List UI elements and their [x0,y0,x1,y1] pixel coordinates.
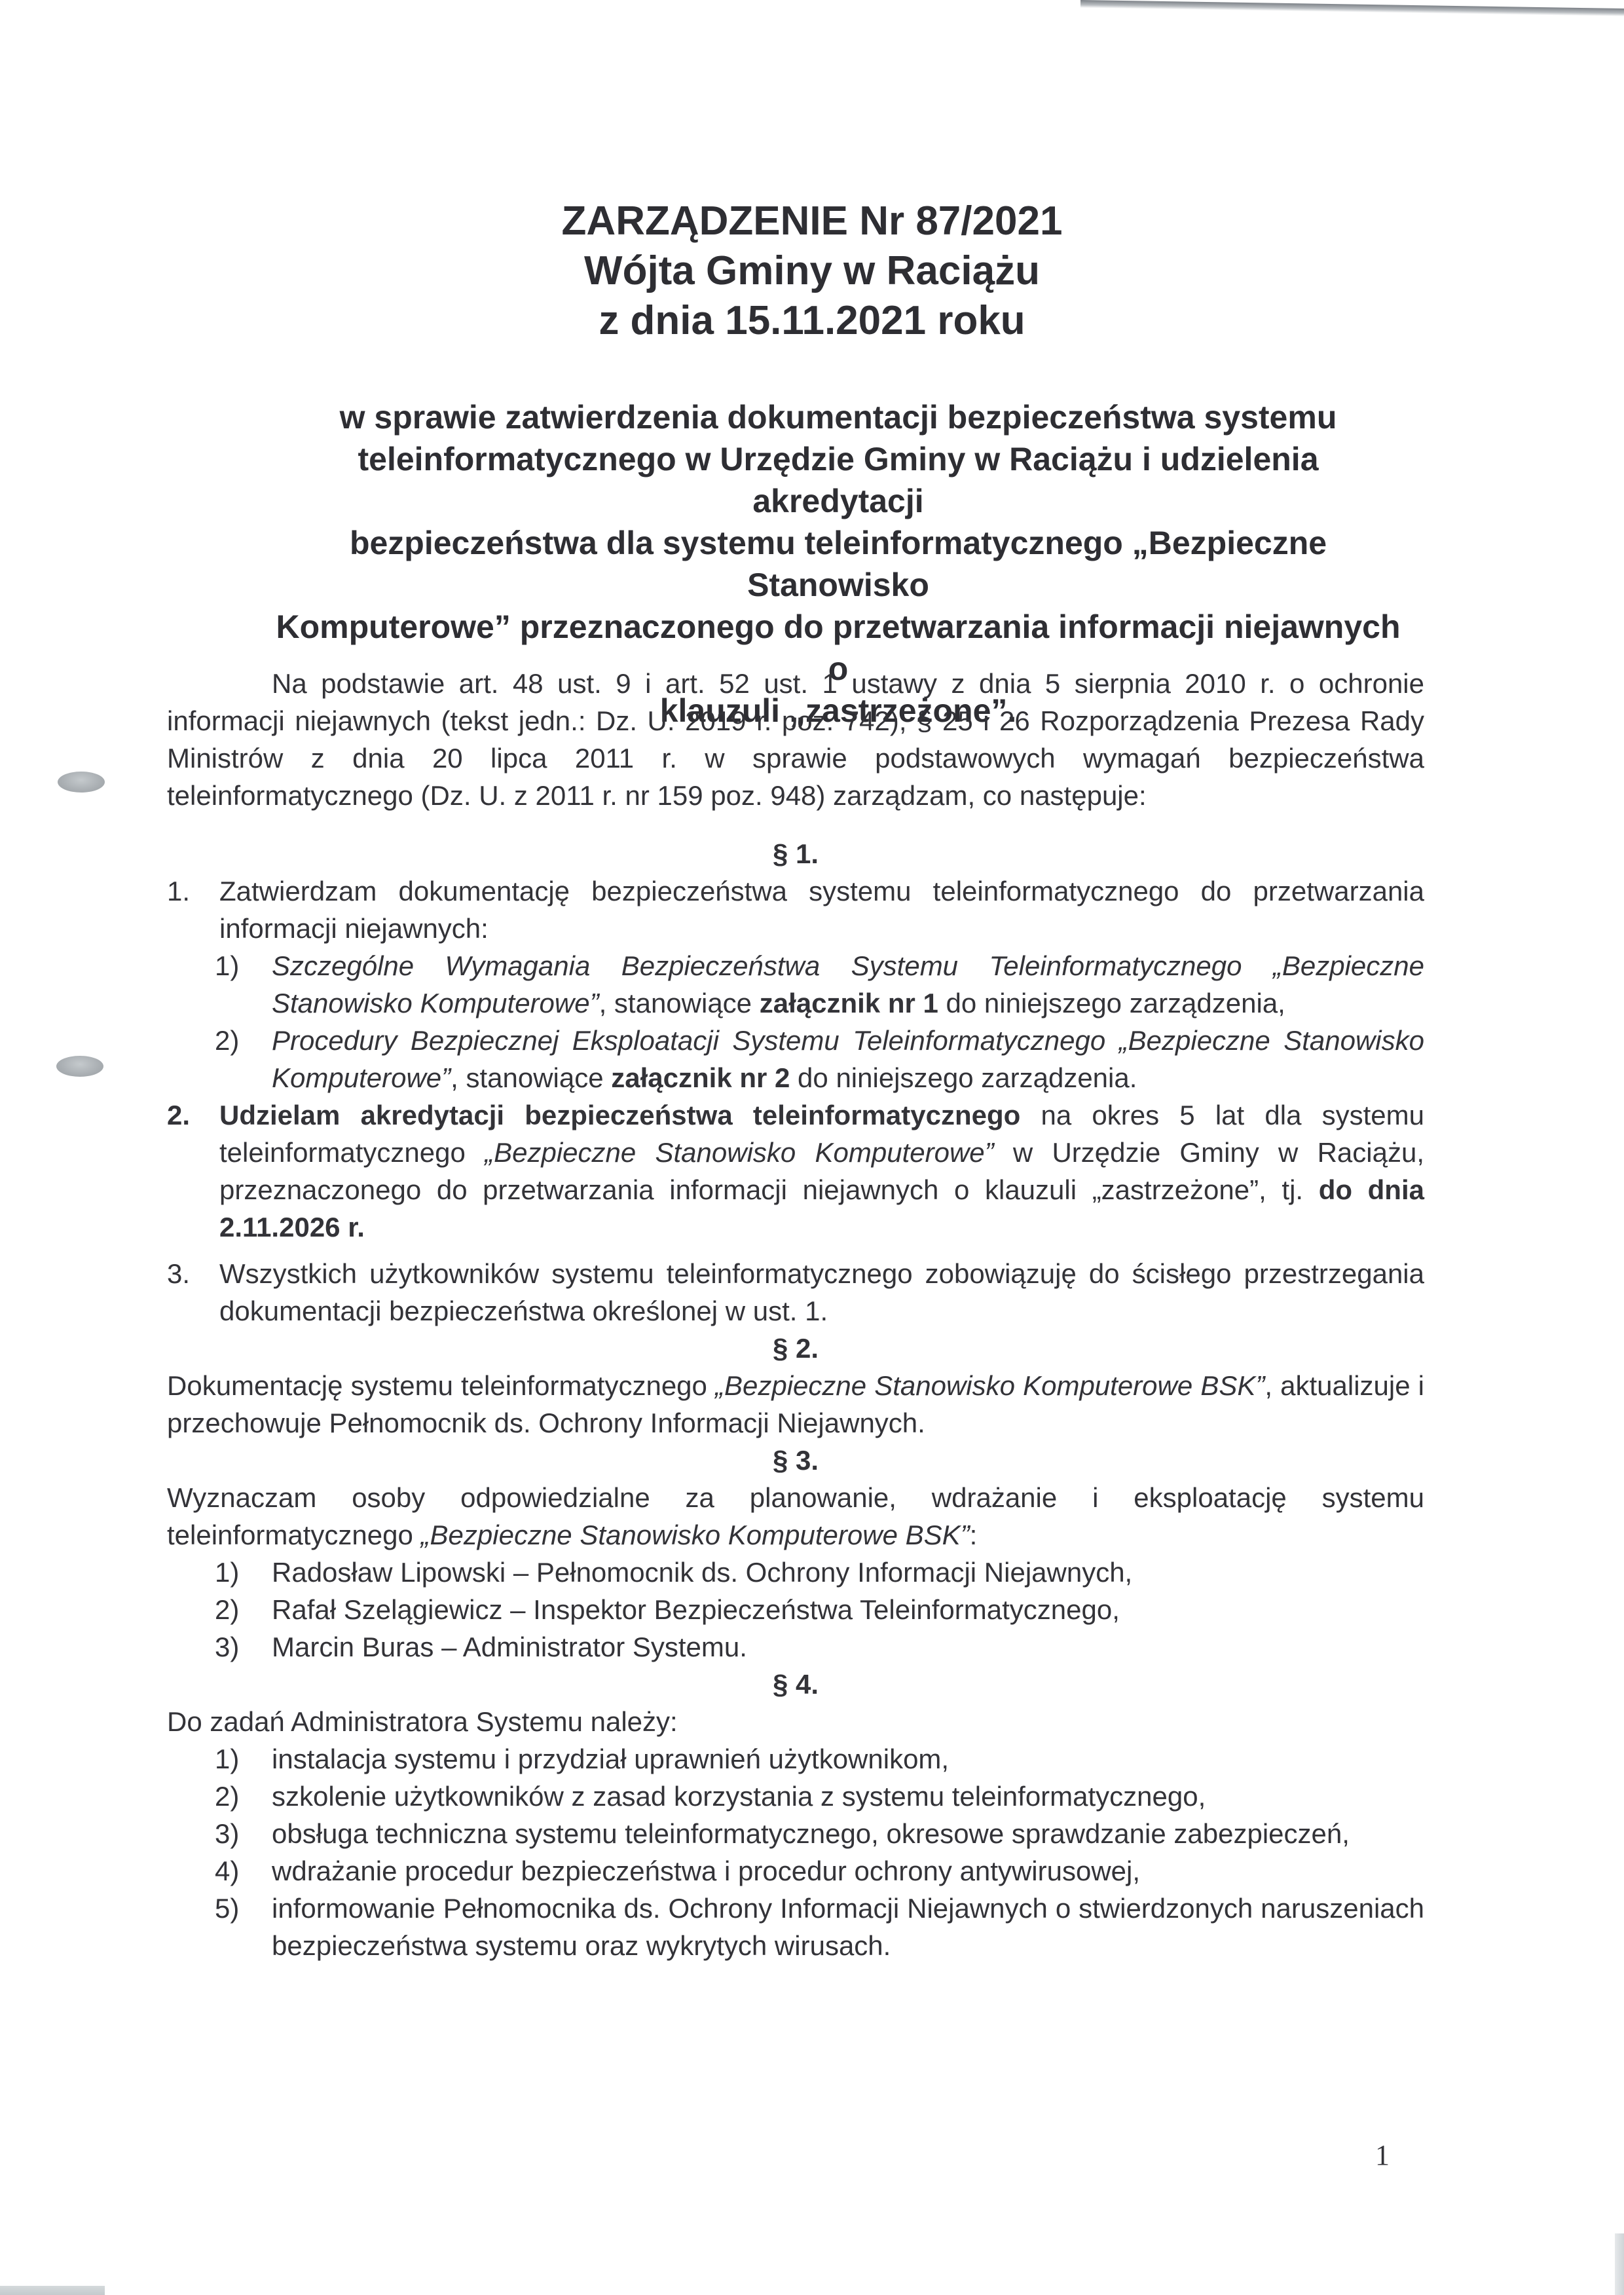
scan-edge-right [1615,2233,1624,2295]
document-title: ZARZĄDZENIE Nr 87/2021 Wójta Gminy w Rac… [0,196,1624,346]
section-2-text: Dokumentację systemu teleinformatycznego… [167,1367,1424,1442]
subitem-text: , stanowiące [451,1062,611,1093]
item-text: Wszystkich użytkowników systemu teleinfo… [219,1258,1424,1326]
subject-line: bezpieczeństwa dla systemu teleinformaty… [275,522,1401,606]
subject-line: teleinformatycznego w Urzędzie Gminy w R… [275,438,1401,522]
attachment-reference: załącznik nr 1 [760,988,938,1018]
subitem-number: 1) [215,947,239,984]
page-number: 1 [1375,2138,1390,2172]
task-number: 4) [215,1852,239,1890]
legal-basis-text: Na podstawie art. 48 ust. 9 i art. 52 us… [167,668,1424,811]
responsible-person: 2) Rafał Szelągiewicz – Inspektor Bezpie… [167,1591,1424,1628]
section-heading-2: § 2. [167,1330,1424,1367]
task-number: 3) [215,1815,239,1852]
task-text: instalacja systemu i przydział uprawnień… [272,1744,949,1774]
item-number: 3. [167,1255,190,1292]
subitem-text: , stanowiące [599,988,760,1018]
section-4-intro: Do zadań Administratora Systemu należy: [167,1703,1424,1740]
subitem-text: do niniejszego zarządzenia. [790,1062,1137,1093]
title-line-date: z dnia 15.11.2021 roku [0,296,1624,346]
person-text: Rafał Szelągiewicz – Inspektor Bezpiecze… [272,1594,1120,1625]
admin-task: 1) instalacja systemu i przydział uprawn… [167,1740,1424,1778]
admin-task: 2) szkolenie użytkowników z zasad korzys… [167,1778,1424,1815]
attachment-reference: załącznik nr 2 [611,1062,790,1093]
person-number: 2) [215,1591,239,1628]
section-1-subitem-1: 1) Szczególne Wymagania Bezpieczeństwa S… [167,947,1424,1022]
scan-edge-top [1080,0,1624,16]
admin-task: 3) obsługa techniczna systemu teleinform… [167,1815,1424,1852]
legal-basis: Na podstawie art. 48 ust. 9 i art. 52 us… [167,665,1424,814]
punch-hole-top [58,772,105,793]
task-number: 1) [215,1740,239,1778]
system-name: „Bezpieczne Stanowisko Komputerowe BSK” [421,1520,970,1550]
section-heading-1: § 1. [167,835,1424,872]
system-name: „Bezpieczne Stanowisko Komputerowe” [485,1137,994,1168]
task-text: informowanie Pełnomocnika ds. Ochrony In… [272,1893,1424,1961]
person-text: Marcin Buras – Administrator Systemu. [272,1632,747,1662]
person-number: 3) [215,1628,239,1666]
task-text: obsługa techniczna systemu teleinformaty… [272,1818,1350,1849]
section-text: Dokumentację systemu teleinformatycznego [167,1370,715,1401]
section-1-subitem-2: 2) Procedury Bezpiecznej Eksploatacji Sy… [167,1022,1424,1096]
task-text: szkolenie użytkowników z zasad korzystan… [272,1781,1206,1812]
section-1-item-3: 3. Wszystkich użytkowników systemu telei… [167,1255,1424,1330]
item-number: 1. [167,872,190,910]
section-text: : [970,1520,978,1550]
admin-task: 4) wdrażanie procedur bezpieczeństwa i p… [167,1852,1424,1890]
accreditation-lead: Udzielam akredytacji bezpieczeństwa tele… [219,1100,1020,1130]
task-text: wdrażanie procedur bezpieczeństwa i proc… [272,1856,1140,1886]
person-text: Radosław Lipowski – Pełnomocnik ds. Ochr… [272,1557,1132,1588]
section-1-item-1: 1. Zatwierdzam dokumentację bezpieczeńst… [167,872,1424,947]
section-1-item-2: 2. Udzielam akredytacji bezpieczeństwa t… [167,1096,1424,1246]
admin-task: 5) informowanie Pełnomocnika ds. Ochrony… [167,1890,1424,1964]
scan-edge-bottom [0,2286,105,2295]
responsible-person: 3) Marcin Buras – Administrator Systemu. [167,1628,1424,1666]
title-line-issuer: Wójta Gminy w Raciążu [0,246,1624,296]
task-number: 2) [215,1778,239,1815]
title-line-order-number: ZARZĄDZENIE Nr 87/2021 [0,196,1624,246]
subitem-number: 2) [215,1022,239,1059]
section-3-text: Wyznaczam osoby odpowiedzialne za planow… [167,1479,1424,1554]
person-number: 1) [215,1554,239,1591]
item-text: Zatwierdzam dokumentację bezpieczeństwa … [219,876,1424,944]
item-number: 2. [167,1096,190,1134]
section-heading-4: § 4. [167,1666,1424,1703]
punch-hole-bottom [56,1056,103,1077]
section-heading-3: § 3. [167,1442,1424,1479]
task-number: 5) [215,1890,239,1927]
system-name: „Bezpieczne Stanowisko Komputerowe BSK” [715,1370,1264,1401]
responsible-person: 1) Radosław Lipowski – Pełnomocnik ds. O… [167,1554,1424,1591]
subitem-text: do niniejszego zarządzenia, [938,988,1285,1018]
document-body: § 1. 1. Zatwierdzam dokumentację bezpiec… [167,835,1424,1964]
subject-line: w sprawie zatwierdzenia dokumentacji bez… [275,396,1401,438]
